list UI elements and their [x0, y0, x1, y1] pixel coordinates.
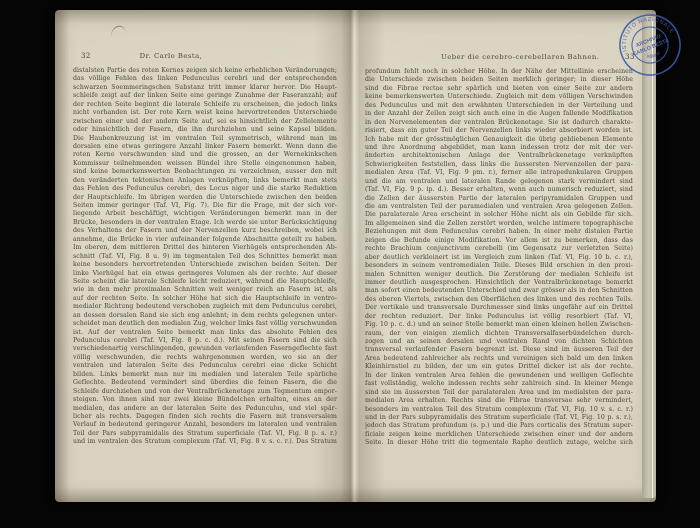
text-line: sind keine bemerkenswerten Beobachtungen… [73, 168, 337, 176]
text-line: profundum fehlt noch in solcher Höhe. In… [365, 68, 633, 76]
text-line: Die Haubenkreuzung ist im ventralen Teil… [73, 135, 337, 143]
text-line: keine bemerkenswerten Unterschiede. Zugl… [365, 93, 633, 101]
running-head-right: Ueber die cerebro-cerebellaren Bahnen. [441, 53, 546, 61]
text-line: an dessen dorsalen Rand sie sich eng anl… [73, 312, 337, 320]
text-line: schnitt (Taf. VI, Fig. 8 u. 9) im tegmen… [73, 253, 337, 261]
text-line: Im allgemeinen sind die Zellen zerstört … [365, 220, 633, 228]
text-line: des Verhaltens der Fasern und der Nerven… [73, 227, 337, 235]
text-line: das Fehlen des Pedunculus cerebri, des L… [73, 185, 337, 193]
text-line: medialen Area erhalten. Rechts sind die … [365, 397, 633, 405]
text-line: Der vertikale und transversale Durchmess… [365, 304, 633, 312]
text-line: bilden. Links bemerkt man nur im mediale… [73, 371, 337, 379]
text-line: risiert, dass ein guter Teil der Nervenz… [365, 127, 633, 135]
text-line: besonders in seinem ventromedialen Teile… [365, 262, 633, 270]
text-line: wie in den mehr proximalen Schnitten wei… [73, 286, 337, 294]
text-line: die am ventralsten Teil der paramedialen… [365, 203, 633, 211]
text-line: zeigen die Befunde einige Modifikation. … [365, 237, 633, 245]
text-line: Kommissur teilnehmenden weissen Bündel i… [73, 160, 337, 168]
text-line: und ihre Anordnung abgebildet, man kann … [365, 144, 633, 152]
text-line: der Hauptschleife. Im übrigen werden die… [73, 194, 337, 202]
text-line: zwischen einer und der andern Seite auf,… [73, 118, 337, 126]
text-line: den veränderten tektonischen Anlagen ver… [73, 177, 337, 185]
text-line: zogen und an seinen dorsalen und ventral… [365, 338, 633, 346]
text-line: roten Kerne verschwunden sind und die gr… [73, 151, 337, 159]
text-line: das völlige Fehlen des linken Pedunculus… [73, 75, 337, 83]
scan-background: 32 Dr. Carlo Besta, distalsten Partie de… [0, 0, 700, 528]
text-line: Teil der Pars subpyramidalis des Stratum… [73, 430, 337, 438]
text-line: medialer Richtung bedeutend verschoben z… [73, 303, 337, 311]
text-line: jedoch das Stratum profundum (s. p.) und… [365, 422, 633, 430]
text-line: (Taf. VI, Fig. 9 p. ip. d.). Besser erha… [365, 186, 633, 194]
text-line: völlig verschwunden, die rechts wahrgeno… [73, 354, 337, 362]
text-line: des Pedunculus und mit den erwähnten Unt… [365, 102, 633, 110]
text-line: Schwierigkeiten feststellen, dass links … [365, 161, 633, 169]
text-line: keine besonders hervortretenden Untersch… [73, 261, 337, 269]
text-line: immer deutlich ausgesprochen. Hinsichtli… [365, 279, 633, 287]
text-line: Brücke, besonders in der ventralen Etage… [73, 219, 337, 227]
text-line: man sofort einen bedeutenden Unterschied… [365, 287, 633, 295]
page-edge-stack [642, 16, 656, 498]
text-line: verschiedenartig verschlingenden, gewund… [73, 345, 337, 353]
text-line: Area bedeutend zahlreicher als rechts un… [365, 355, 633, 363]
text-line: sind die Fibrae rectae sehr spärlich und… [365, 85, 633, 93]
text-line: ficiale zeigen keine merklichen Untersch… [365, 431, 633, 439]
text-line: und die am ventralen und lateralen Rande… [365, 178, 633, 186]
text-line: dorsalen eine etwas geringere Anzahl lin… [73, 143, 337, 151]
text-line: in den Nervenelementen der ventralen Brü… [365, 119, 633, 127]
text-line: schwarzen Soemmeringschen Substanz tritt… [73, 84, 337, 92]
text-line: Ich habe mit der grösstmöglichen Genauig… [365, 136, 633, 144]
text-line: und in der Pars subpyramidalis des Strat… [365, 414, 633, 422]
text-line: transversal verlaufender Fasern begrenzt… [365, 346, 633, 354]
text-line: In der linken ventralen Area fehlen die … [365, 372, 633, 380]
text-line: besonders im ventralen Teil des Stratum … [365, 406, 633, 414]
text-line: malen Schnitten weniger deutlich. Die Ze… [365, 271, 633, 279]
text-line: steigen. Von ihnen sind nur zwei kleine … [73, 396, 337, 404]
text-line: die Zellen der äussersten Partie der lat… [365, 195, 633, 203]
text-line: sind sie im äussersten Teil der paralate… [365, 389, 633, 397]
text-line: der rechten Seite beginnt die laterale S… [73, 101, 337, 109]
text-line: distalsten Partie des roten Kernes zeige… [73, 67, 337, 75]
text-line: licher als rechts. Dagegen finden sich r… [73, 413, 337, 421]
text-line: die Unterschiede zwischen beiden Seiten … [365, 76, 633, 84]
text-line: ventralen und lateralen Seite des Pedunc… [73, 362, 337, 370]
text-line: scheidet man deutlich den medialen Zug, … [73, 320, 337, 328]
text-line: oder hinsichtlich der Fasern, die ihn du… [73, 126, 337, 134]
text-line: medialen Area (Taf. VI, Fig. 9 pm. r.), … [365, 169, 633, 177]
text-line: Seiten immer geringer (Taf. VI, Fig. 7).… [73, 202, 337, 210]
text-line: fast vollständig, welche indessen rechts… [365, 380, 633, 388]
text-line: liegende Arbeit beschäftigt, wichtigen V… [73, 210, 337, 218]
right-page-text: profundum fehlt noch in solcher Höhe. In… [365, 68, 633, 448]
text-line: raum, der von einigen ziemlich dichten T… [365, 330, 633, 338]
text-line: Seite. In dieser Höhe tritt die tegmenta… [365, 439, 633, 447]
text-line: Kleinhirnstiel zu bilden, der um ein gut… [365, 363, 633, 371]
text-line: Verlauf in bedeutend geringerer Anzahl, … [73, 421, 337, 429]
left-page-text: distalsten Partie des roten Kernes zeige… [73, 67, 337, 447]
text-line: Beziehungen mit dem Pedunculus cerebri h… [365, 228, 633, 236]
text-line: schleife zeigt auf der linken Seite eine… [73, 92, 337, 100]
text-line: aber deutlich verkleinert ist im Verglei… [365, 254, 633, 262]
text-line: und im ventralen des Stratum complexum (… [73, 438, 337, 446]
text-line: auf der rechten Seite. In solcher Höhe h… [73, 295, 337, 303]
text-line: Schleife durchziehen und von der Ventral… [73, 388, 337, 396]
text-line: ist. Auf der ventralen Seite bemerkt man… [73, 329, 337, 337]
text-line: Die paralaterale Area erscheint in solch… [365, 211, 633, 219]
running-head-left: Dr. Carlo Besta, [116, 52, 226, 60]
text-line: änderten architektonischen Anlage der Ve… [365, 152, 633, 160]
text-line: Fig. 10 p. c. d.) und an seiner Stelle b… [365, 321, 633, 329]
text-line: medialen, das andere an der lateralen Se… [73, 405, 337, 413]
page-number-left: 32 [81, 52, 91, 60]
text-line: in der Anzahl der Zellen zeigt sich auch… [365, 110, 633, 118]
text-line: Geflechte. Bedeutend vermindert sind übe… [73, 379, 337, 387]
text-line: linke Vierhügel hat ein etwas geringeres… [73, 270, 337, 278]
book-spread: 32 Dr. Carlo Besta, distalsten Partie de… [55, 10, 656, 502]
text-line: Im oberen, dem mittleren Drittel des hin… [73, 244, 337, 252]
text-line: des oberen Viertels, zwischen den Oberfl… [365, 296, 633, 304]
text-line: nicht vorhanden ist. Der rote Kern weist… [73, 109, 337, 117]
text-line: Pedunculus cerebri (Taf. VI, Fig. 8 p. c… [73, 337, 337, 345]
text-line: annehme, die Brücke in vier aufeinander … [73, 236, 337, 244]
text-line: rechte Brachium conjunctivum cerebelli (… [365, 245, 633, 253]
handwritten-mark [109, 24, 127, 38]
text-line: Seite scheint die laterale Schleife leic… [73, 278, 337, 286]
page-edge-highlight [652, 18, 653, 498]
text-line: der rechten reduziert. Der linke Peduncu… [365, 313, 633, 321]
